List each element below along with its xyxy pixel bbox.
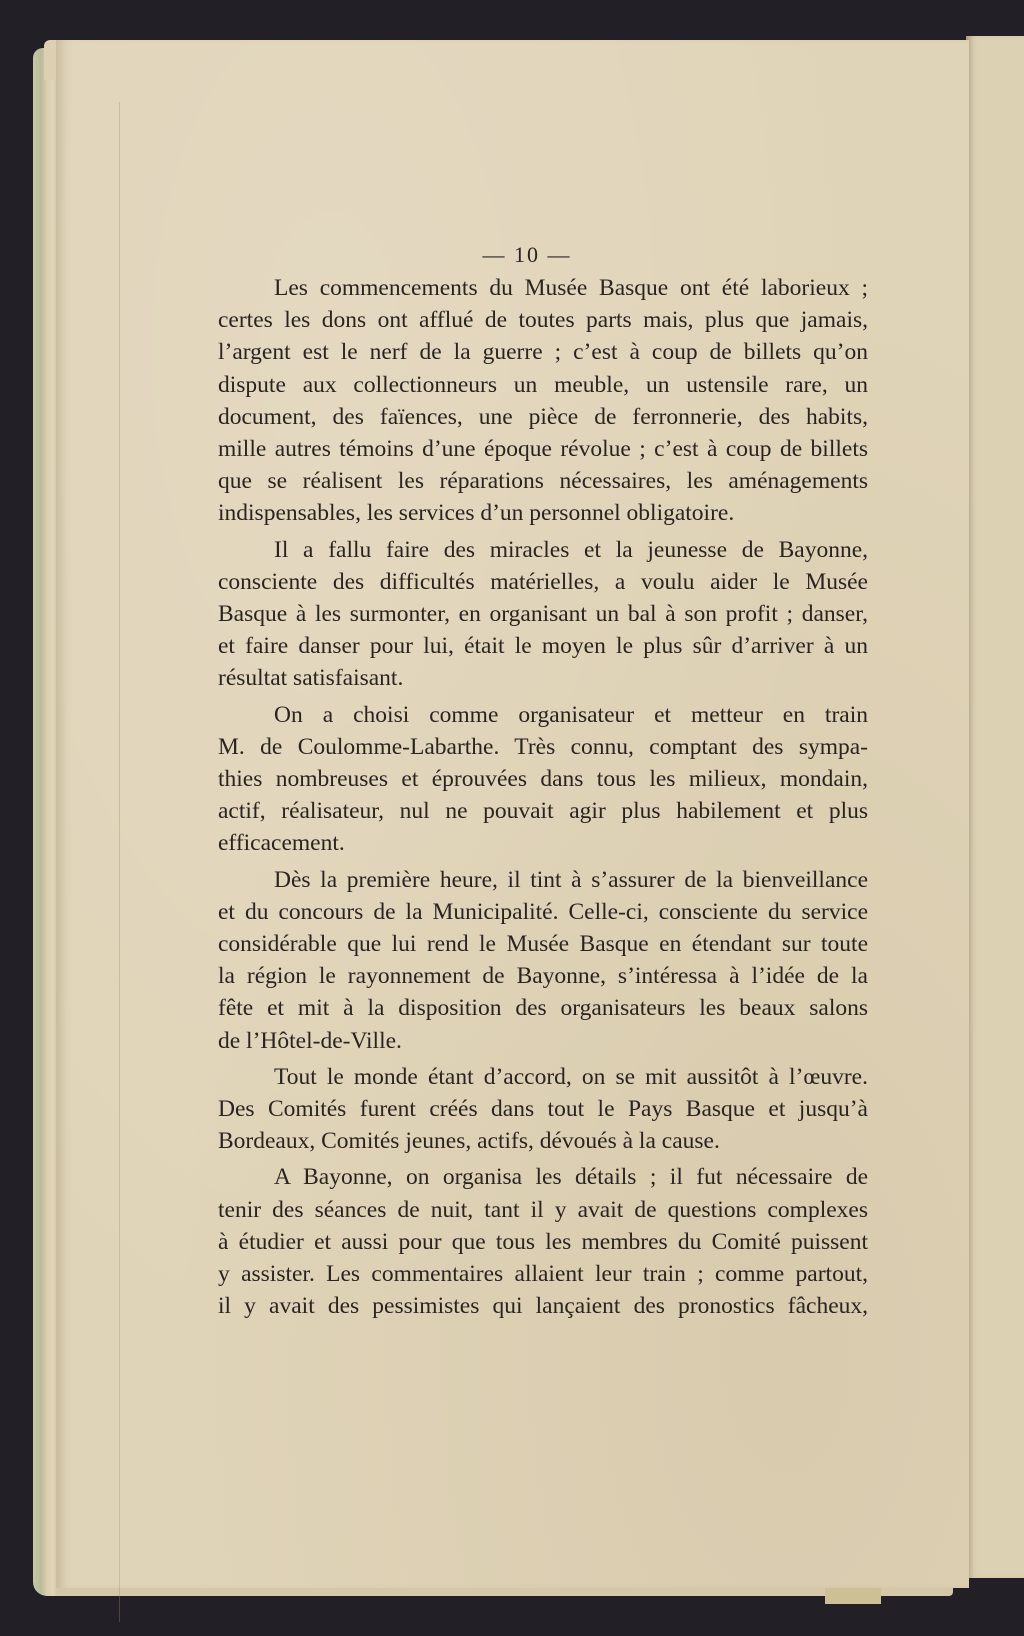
- paragraph-6: A Bayonne, on organisa les détails ; il …: [218, 1161, 868, 1322]
- text-line: Bordeaux, Comités jeunes, actifs, dévoué…: [218, 1125, 868, 1157]
- text-line: et faire danser pour lui, était le moyen…: [218, 630, 868, 662]
- text-line: indispensables, les services d’un person…: [218, 497, 868, 529]
- text-line: dispute aux collectionneurs un meuble, u…: [218, 369, 868, 401]
- text-line: mille autres témoins d’une époque révolu…: [218, 433, 868, 465]
- text-line: que se réalisent les réparations nécessa…: [218, 465, 868, 497]
- text-line: Basque à les surmonter, en organisant un…: [218, 598, 868, 630]
- text-line: A Bayonne, on organisa les détails ; il …: [218, 1161, 868, 1193]
- page-content: — 10 — Les commencements du Musée Basque…: [218, 238, 868, 1327]
- page-number: — 10 —: [186, 238, 868, 272]
- text-line: l’argent est le nerf de la guerre ; c’es…: [218, 336, 868, 368]
- text-line: à étudier et aussi pour que tous les mem…: [218, 1226, 868, 1258]
- text-line: Des Comités furent créés dans tout le Pa…: [218, 1093, 868, 1125]
- text-line: actif, réalisateur, nul ne pouvait agir …: [218, 795, 868, 827]
- paragraph-2: Il a fallu faire des miracles et la jeun…: [218, 534, 868, 695]
- paragraph-1: Les commencements du Musée Basque ont ét…: [218, 272, 868, 530]
- paragraph-3: On a choisi comme organisateur et metteu…: [218, 699, 868, 860]
- text-line: de l’Hôtel-de-Ville.: [218, 1025, 868, 1057]
- bottom-paper-flap: [825, 1588, 881, 1604]
- text-line: résultat satisfaisant.: [218, 662, 868, 694]
- text-line: document, des faïences, une pièce de fer…: [218, 401, 868, 433]
- text-line: tenir des séances de nuit, tant il y ava…: [218, 1194, 868, 1226]
- text-line: considérable que lui rend le Musée Basqu…: [218, 928, 868, 960]
- text-line: Il a fallu faire des miracles et la jeun…: [218, 534, 868, 566]
- text-line: y assister. Les commentaires allaient le…: [218, 1258, 868, 1290]
- adjacent-page-edge: [966, 36, 1024, 1578]
- text-line: Tout le monde étant d’accord, on se mit …: [218, 1061, 868, 1093]
- text-line: il y avait des pessimistes qui lançaient…: [218, 1290, 868, 1322]
- text-line: et du concours de la Municipalité. Celle…: [218, 896, 868, 928]
- text-line: certes les dons ont afflué de toutes par…: [218, 304, 868, 336]
- paragraph-4: Dès la première heure, il tint à s’assur…: [218, 864, 868, 1057]
- page-crease-line: [119, 102, 120, 1622]
- paragraph-5: Tout le monde étant d’accord, on se mit …: [218, 1061, 868, 1158]
- text-line: efficacement.: [218, 827, 868, 859]
- text-line: On a choisi comme organisateur et metteu…: [218, 699, 868, 731]
- text-line: M. de Coulomme-Labarthe. Très connu, com…: [218, 731, 868, 763]
- text-line: la région le rayonnement de Bayonne, s’i…: [218, 960, 868, 992]
- text-line: thies nombreuses et éprouvées dans tous …: [218, 763, 868, 795]
- text-line: consciente des difficultés matérielles, …: [218, 566, 868, 598]
- text-line: Les commencements du Musée Basque ont ét…: [218, 272, 868, 304]
- text-line: fête et mit à la disposition des organis…: [218, 992, 868, 1024]
- text-line: Dès la première heure, il tint à s’assur…: [218, 864, 868, 896]
